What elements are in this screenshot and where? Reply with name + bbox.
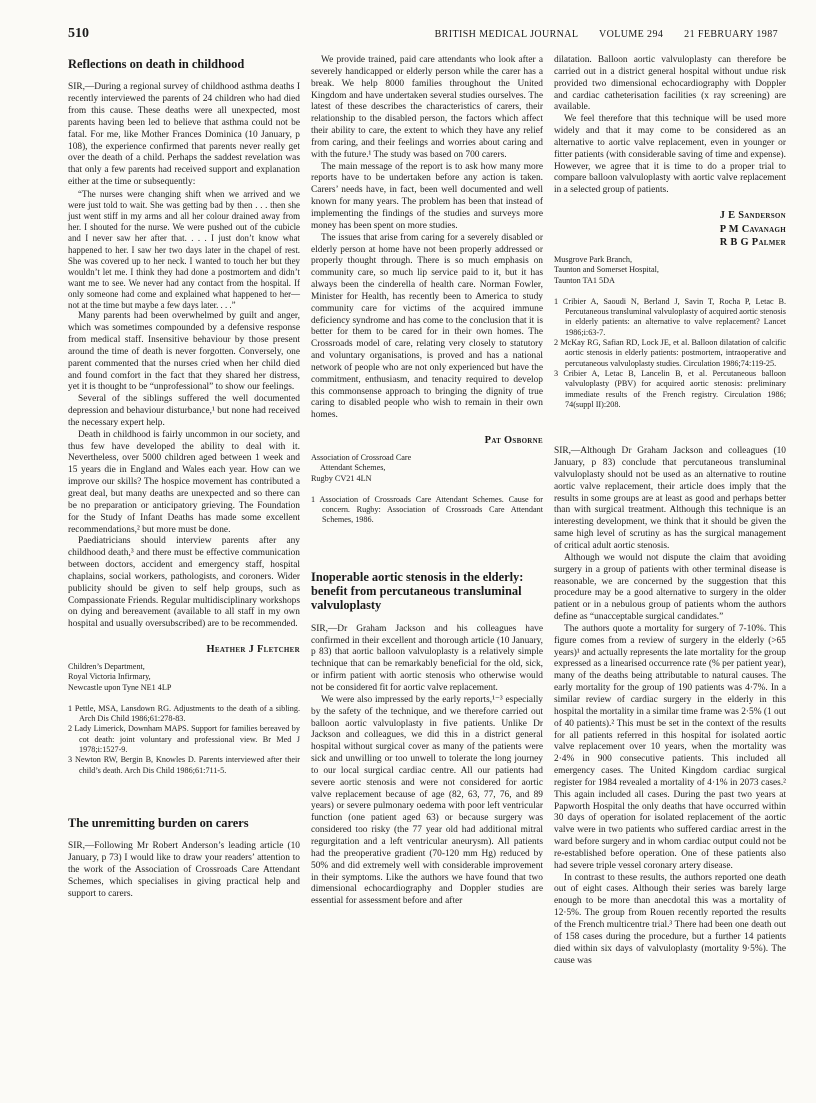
address-line: Rugby CV21 4LN <box>311 474 543 485</box>
letter-paragraph: SIR,—Although Dr Graham Jackson and coll… <box>554 446 786 553</box>
address-line: Taunton and Somerset Hospital, <box>554 265 786 276</box>
letters-page-columns: Reflections on death in childhood SIR,—D… <box>0 42 816 967</box>
reference-item: 1 Pettle, MSA, Lansdown RG. Adjustments … <box>68 704 300 725</box>
address-line: Royal Victoria Infirmary, <box>68 672 300 683</box>
letter-paragraph: In contrast to these results, the author… <box>554 873 786 968</box>
author-address: Children’s Department, Royal Victoria In… <box>68 662 300 694</box>
column-middle: We provide trained, paid care attendants… <box>311 55 543 967</box>
signature: Heather J Fletcher <box>68 643 300 657</box>
page-number: 510 <box>68 26 89 42</box>
letter-paragraph: We were also impressed by the early repo… <box>311 695 543 908</box>
letter-paragraph: Paediatricians should interview parents … <box>68 536 300 631</box>
reference-item: 1 Cribier A, Saoudi N, Berland J, Savin … <box>554 297 786 338</box>
reference-item: 2 Lady Limerick, Downham MAPS. Support f… <box>68 724 300 755</box>
letter-paragraph: SIR,—During a regional survey of childho… <box>68 82 300 189</box>
reference-item: 2 McKay RG, Safian RD, Lock JE, et al. B… <box>554 338 786 369</box>
letter-paragraph: Death in childhood is fairly uncommon in… <box>68 430 300 537</box>
address-line: Children’s Department, <box>68 662 300 673</box>
page-header: 510 BRITISH MEDICAL JOURNAL VOLUME 294 2… <box>0 0 816 42</box>
column-right: dilatation. Balloon aortic valvuloplasty… <box>554 55 786 967</box>
reference-item: 3 Newton RW, Bergin B, Knowles D. Parent… <box>68 755 300 776</box>
letter-paragraph: The issues that arise from caring for a … <box>311 233 543 423</box>
letter-paragraph: We provide trained, paid care attendants… <box>311 55 543 162</box>
journal-volume: VOLUME 294 <box>599 29 663 40</box>
author-address: Musgrove Park Branch, Taunton and Somers… <box>554 255 786 287</box>
letter-title-carers: The unremitting burden on carers <box>68 816 300 830</box>
letter-paragraph: SIR,—Following Mr Robert Anderson’s lead… <box>68 841 300 900</box>
address-line: Attendant Schemes, <box>311 463 543 474</box>
letter-paragraph: dilatation. Balloon aortic valvuloplasty… <box>554 55 786 114</box>
address-line: Musgrove Park Branch, <box>554 255 786 266</box>
signature: J E Sanderson <box>554 209 786 223</box>
letter-paragraph: SIR,—Dr Graham Jackson and his colleague… <box>311 624 543 695</box>
letter-paragraph: The authors quote a mortality for surger… <box>554 624 786 873</box>
letter-paragraph: The main message of the report is to ask… <box>311 162 543 233</box>
letter-paragraph: We feel therefore that this technique wi… <box>554 114 786 197</box>
address-line: Newcastle upon Tyne NE1 4LP <box>68 683 300 694</box>
signature: R B G Palmer <box>554 236 786 250</box>
reference-list: 1 Association of Crossroads Care Attenda… <box>311 495 543 526</box>
quote-paragraph: “The nurses were changing shift when we … <box>68 189 300 311</box>
signature: Pat Osborne <box>311 434 543 448</box>
letter-title-aortic-benefit: Inoperable aortic stenosis in the elderl… <box>311 570 543 613</box>
author-address: Association of Crossroad Care Attendant … <box>311 453 543 485</box>
letter-paragraph: Several of the siblings suffered the wel… <box>68 394 300 430</box>
reference-list: 1 Cribier A, Saoudi N, Berland J, Savin … <box>554 297 786 411</box>
journal-date: 21 FEBRUARY 1987 <box>684 29 778 40</box>
journal-masthead: BRITISH MEDICAL JOURNAL VOLUME 294 21 FE… <box>435 29 778 40</box>
reference-item: 3 Cribier A, Letac B, Lancelin B, et al.… <box>554 369 786 410</box>
address-line: Association of Crossroad Care <box>311 453 543 464</box>
letter-title-reflections: Reflections on death in childhood <box>68 57 300 71</box>
journal-name: BRITISH MEDICAL JOURNAL <box>435 29 578 40</box>
reference-item: 1 Association of Crossroads Care Attenda… <box>311 495 543 526</box>
address-line: Taunton TA1 5DA <box>554 276 786 287</box>
column-left: Reflections on death in childhood SIR,—D… <box>68 55 300 967</box>
letter-paragraph: Although we would not dispute the claim … <box>554 553 786 624</box>
signature: P M Cavanagh <box>554 223 786 237</box>
letter-paragraph: Many parents had been overwhelmed by gui… <box>68 311 300 394</box>
reference-list: 1 Pettle, MSA, Lansdown RG. Adjustments … <box>68 704 300 776</box>
